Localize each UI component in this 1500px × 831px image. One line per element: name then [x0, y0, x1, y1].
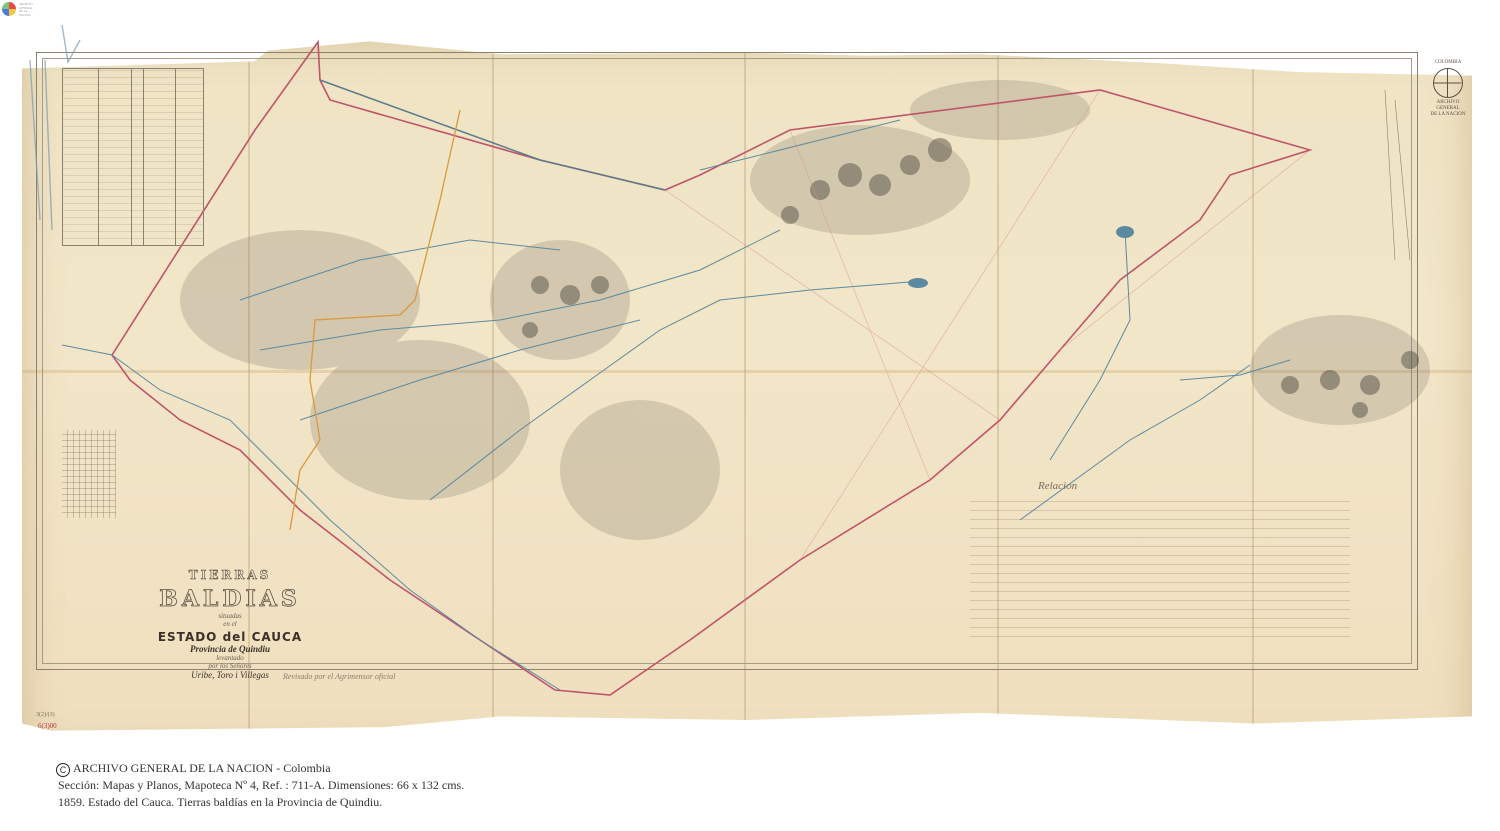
image-caption: CARCHIVO GENERAL DE LA NACION - Colombia…: [56, 760, 464, 810]
map-drawing: [0, 0, 1500, 831]
caption-archive-name: ARCHIVO GENERAL DE LA NACION - Colombia: [73, 761, 331, 775]
river-north: [320, 80, 665, 190]
caption-line-3: 1859. Estado del Cauca. Tierras baldías …: [58, 794, 464, 811]
reference-small: 3(2)/(3): [36, 712, 55, 718]
caption-line-1: CARCHIVO GENERAL DE LA NACION - Colombia: [56, 760, 464, 777]
copyright-icon: C: [56, 763, 70, 777]
caption-line-2: Sección: Mapas y Planos, Mapoteca Nº 4, …: [58, 777, 464, 794]
scale-grid: [62, 430, 116, 518]
surveyor-signature: Revisado por el Agrimensor oficial: [283, 672, 395, 681]
stamp-top: COLOMBIA: [1426, 60, 1470, 66]
title-line-4: en el: [130, 620, 330, 628]
compass-rose-icon: [1433, 68, 1463, 98]
annotation-lines: [1385, 90, 1410, 260]
relacion-title: Relacion: [1038, 480, 1077, 492]
lake: [1116, 226, 1134, 238]
relief-shading: [180, 80, 1430, 540]
lake: [908, 278, 928, 288]
title-line-1: TIERRAS: [130, 568, 330, 582]
title-line-7: levantado: [130, 654, 330, 662]
handwritten-notes: [970, 495, 1350, 645]
map-title-cartouche: TIERRAS BALDIAS situadas en el ESTADO de…: [130, 568, 330, 680]
title-estado: ESTADO del CAUCA: [130, 630, 330, 644]
title-line-2: BALDIAS: [130, 586, 330, 612]
title-provincia: Provincia de Quindiu: [130, 644, 330, 654]
survey-table: [62, 68, 204, 246]
title-line-3: situadas: [130, 612, 330, 620]
reference-number: 6(3)00: [38, 722, 57, 730]
title-line-8: por los Señores: [130, 662, 330, 670]
stamp-line-3: DE LA NACION: [1426, 112, 1470, 118]
archive-stamp: COLOMBIA ARCHIVO GENERAL DE LA NACION: [1426, 60, 1470, 118]
